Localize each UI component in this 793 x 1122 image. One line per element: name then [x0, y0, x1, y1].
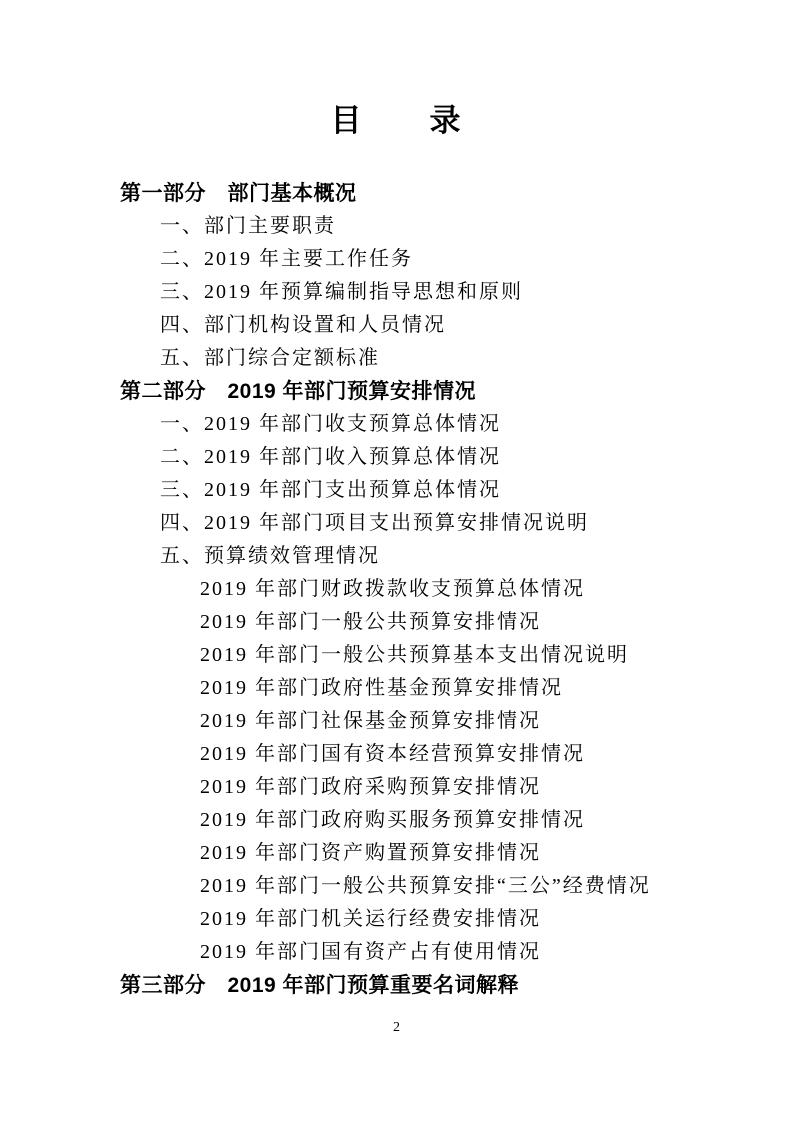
- toc-entry: 2019 年部门政府采购预算安排情况: [120, 771, 753, 804]
- toc-entry: 2019 年部门财政拨款收支预算总体情况: [120, 573, 753, 606]
- toc-entry: 一、部门主要职责: [120, 210, 753, 243]
- toc-entry: 2019 年部门政府性基金预算安排情况: [120, 672, 753, 705]
- toc-section-header: 第一部分 部门基本概况: [120, 177, 753, 210]
- document-page: 目 录 第一部分 部门基本概况 一、部门主要职责 二、2019 年主要工作任务 …: [0, 0, 793, 1122]
- toc-entry: 2019 年部门社保基金预算安排情况: [120, 705, 753, 738]
- toc-section-header: 第二部分 2019 年部门预算安排情况: [120, 375, 753, 408]
- page-number: 2: [0, 1020, 793, 1036]
- page-title: 目 录: [0, 95, 793, 140]
- toc-entry: 五、部门综合定额标准: [120, 342, 753, 375]
- toc-entry: 2019 年部门资产购置预算安排情况: [120, 837, 753, 870]
- toc-entry: 四、部门机构设置和人员情况: [120, 309, 753, 342]
- toc-entry: 2019 年部门一般公共预算安排“三公”经费情况: [120, 870, 753, 903]
- toc-entry: 2019 年部门政府购买服务预算安排情况: [120, 804, 753, 837]
- toc-entry: 2019 年部门国有资产占有使用情况: [120, 936, 753, 969]
- toc-entry: 2019 年部门一般公共预算安排情况: [120, 606, 753, 639]
- toc-entry: 2019 年部门国有资本经营预算安排情况: [120, 738, 753, 771]
- toc-entry: 2019 年部门一般公共预算基本支出情况说明: [120, 639, 753, 672]
- toc-entry: 一、2019 年部门收支预算总体情况: [120, 408, 753, 441]
- toc-entry: 四、2019 年部门项目支出预算安排情况说明: [120, 507, 753, 540]
- toc-list: 第一部分 部门基本概况 一、部门主要职责 二、2019 年主要工作任务 三、20…: [120, 177, 753, 1002]
- toc-entry: 2019 年部门机关运行经费安排情况: [120, 903, 753, 936]
- toc-entry: 三、2019 年部门支出预算总体情况: [120, 474, 753, 507]
- toc-entry: 五、预算绩效管理情况: [120, 540, 753, 573]
- toc-entry: 二、2019 年主要工作任务: [120, 243, 753, 276]
- toc-entry: 三、2019 年预算编制指导思想和原则: [120, 276, 753, 309]
- toc-section-header: 第三部分 2019 年部门预算重要名词解释: [120, 969, 753, 1002]
- toc-entry: 二、2019 年部门收入预算总体情况: [120, 441, 753, 474]
